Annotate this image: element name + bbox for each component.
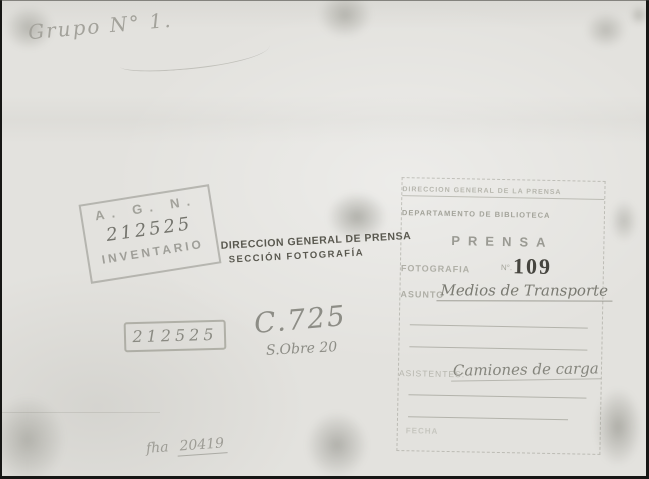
form-photo-number-stamp: 109 — [513, 253, 552, 280]
form-photo-row: FOTOGRAFIA N°. 109 — [401, 258, 603, 280]
file-note-number: 20419 — [176, 435, 228, 456]
boxed-number-stamp: 212525 — [124, 320, 227, 353]
form-blank-line — [409, 346, 587, 350]
code-note-handwriting: C.725 — [253, 299, 348, 340]
form-photo-label: FOTOGRAFIA — [401, 263, 471, 274]
stain-top-middle — [318, 0, 372, 38]
form-title-prensa: PRENSA — [401, 232, 603, 251]
group-note-handwriting: Grupo N° 1. — [27, 8, 173, 45]
form-attendees-row: ASISTENTES: Camiones de carga — [399, 360, 601, 388]
form-photo-number-label: N°. — [501, 263, 512, 272]
form-subject-handwriting: Medios de Transporte — [436, 281, 612, 301]
form-subject-row: ASUNTO Medios de Transporte — [400, 283, 602, 309]
stain-top-right — [585, 12, 627, 48]
prensa-office-stamp: DIRECCION GENERAL DE PRENSA SECCIÓN FOTO… — [220, 232, 371, 266]
archive-catalog-form: DIRECCIÓN GENERAL DE LA PRENSA DEPARTAME… — [396, 177, 605, 455]
file-note-prefix: fha — [146, 439, 170, 457]
form-blank-line — [408, 416, 568, 420]
form-header-line2: DEPARTAMENTO DE BIBLIOTECA — [402, 208, 604, 221]
form-footer-label: FECHA — [406, 426, 439, 436]
agn-inventory-stamp: A. G. N. 212525 INVENTARIO — [79, 184, 222, 284]
stain-bottom-middle — [306, 412, 368, 478]
photo-verso-scan: Grupo N° 1. A. G. N. 212525 INVENTARIO D… — [0, 0, 649, 479]
stain-bottom-left — [0, 396, 65, 479]
scan-edge-left — [0, 0, 2, 479]
crease-line — [0, 412, 160, 413]
form-blank-line — [408, 394, 586, 398]
scan-edge-top — [0, 0, 649, 1]
form-blank-line — [410, 324, 588, 328]
form-attendees-handwriting: Camiones de carga — [451, 359, 601, 381]
file-note-handwriting: fha20419 — [146, 435, 228, 457]
form-header-line1: DIRECCIÓN GENERAL DE LA PRENSA — [402, 186, 604, 200]
date-note-handwriting: S.Obre 20 — [266, 339, 338, 359]
pencil-flourish-stroke — [119, 41, 270, 74]
stain-form-top-right — [610, 200, 638, 242]
